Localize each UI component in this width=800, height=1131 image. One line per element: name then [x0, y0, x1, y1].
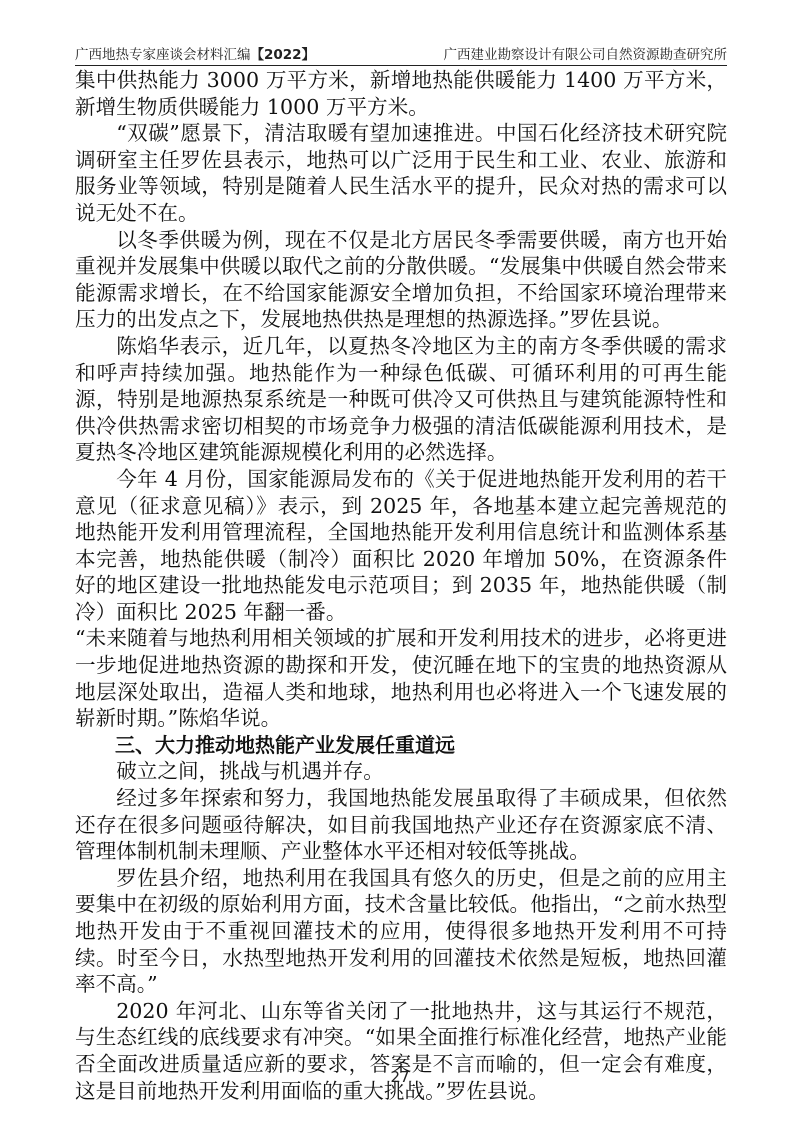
page-number: 27 — [0, 1068, 800, 1086]
paragraph: 陈焰华表示，近几年，以夏热冬冷地区为主的南方冬季供暖的需求和呼声持续加强。地热能… — [75, 333, 727, 466]
paragraph: 经过多年探索和努力，我国地热能发展虽取得了丰硕成果，但依然还存在很多问题亟待解决… — [75, 785, 727, 865]
paragraph-continuation: 集中供热能力 3000 万平方米，新增地热能供暖能力 1400 万平方米，新增生… — [75, 67, 727, 120]
header-year: 【2022】 — [251, 47, 316, 63]
paragraph: 罗佐县介绍，地热利用在我国具有悠久的历史，但是之前的应用主要集中在初级的原始利用… — [75, 865, 727, 998]
paragraph: 以冬季供暖为例，现在不仅是北方居民冬季需要供暖，南方也开始重视并发展集中供暖以取… — [75, 227, 727, 333]
running-header: 广西地热专家座谈会材料汇编【2022】 广西建业勘察设计有限公司自然资源勘查研究… — [75, 44, 727, 66]
section-heading: 三、大力推动地热能产业发展任重道远 — [75, 732, 727, 759]
paragraph: 破立之间，挑战与机遇并存。 — [75, 758, 727, 785]
article-body: 集中供热能力 3000 万平方米，新增地热能供暖能力 1400 万平方米，新增生… — [75, 67, 727, 1104]
paragraph-quote: “未来随着与地热利用相关领域的扩展和开发利用技术的进步，必将更进一步地促进地热资… — [75, 625, 727, 731]
header-organization: 广西建业勘察设计有限公司自然资源勘查研究所 — [444, 46, 728, 64]
paragraph: 2020 年河北、山东等省关闭了一批地热井，这与其运行不规范，与生态红线的底线要… — [75, 998, 727, 1104]
document-page: 广西地热专家座谈会材料汇编【2022】 广西建业勘察设计有限公司自然资源勘查研究… — [0, 0, 800, 1131]
paragraph: “双碳”愿景下，清洁取暖有望加速推进。中国石化经济技术研究院调研室主任罗佐县表示… — [75, 120, 727, 226]
paragraph: 今年 4 月份，国家能源局发布的《关于促进地热能开发利用的若干意见（征求意见稿）… — [75, 466, 727, 626]
header-collection-title: 广西地热专家座谈会材料汇编【2022】 — [75, 46, 315, 64]
header-title-text: 广西地热专家座谈会材料汇编 — [75, 47, 251, 63]
